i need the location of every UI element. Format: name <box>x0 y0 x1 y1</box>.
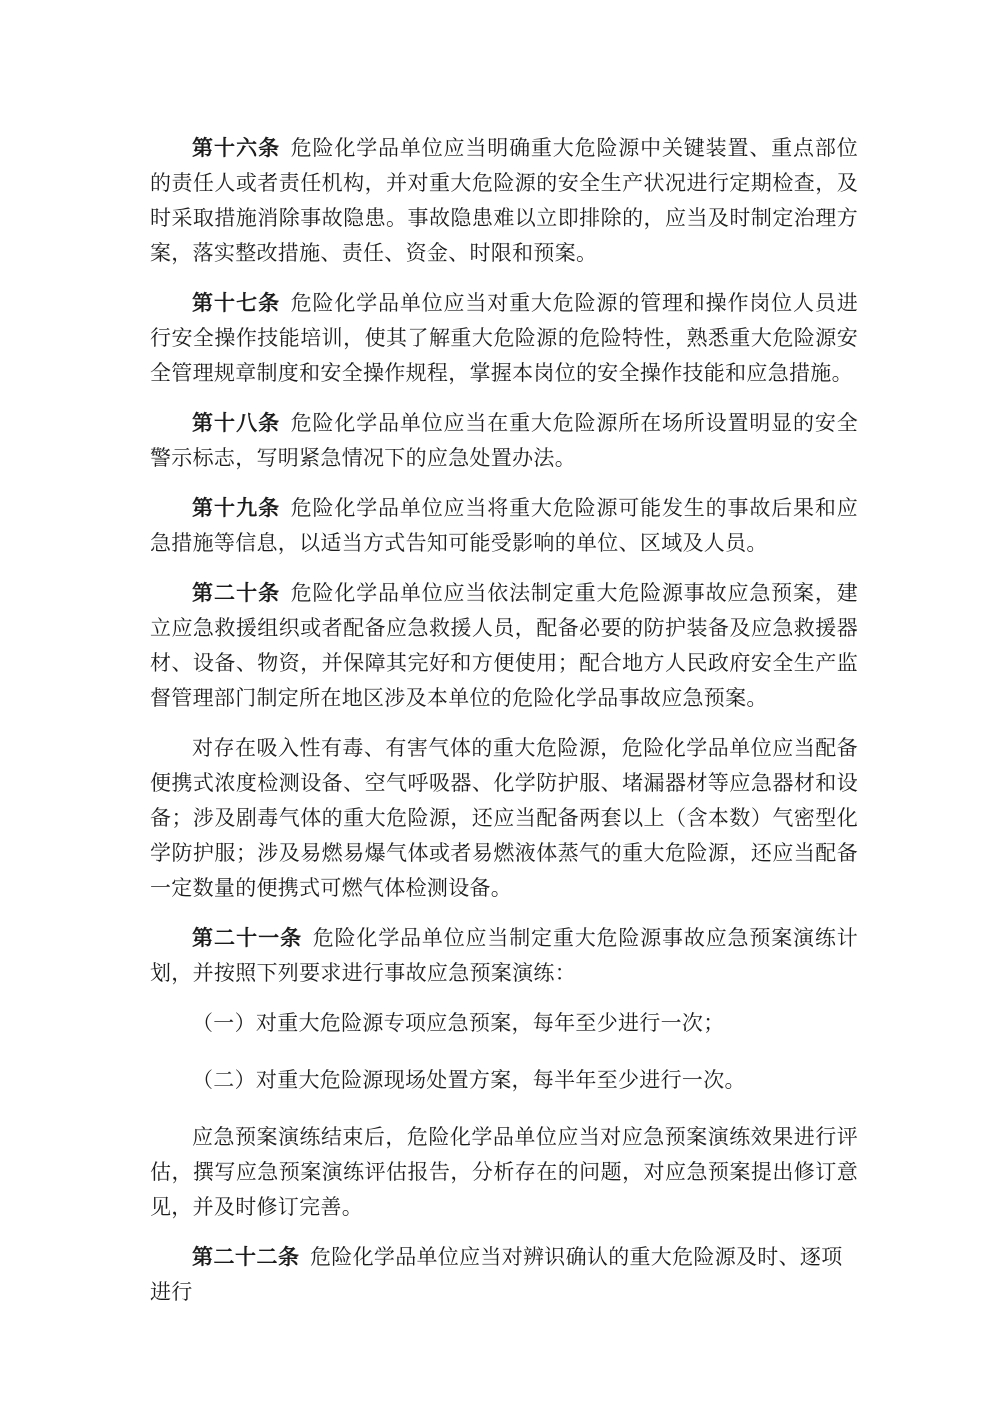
article-number: 第二十条 <box>192 582 280 605</box>
article-number: 第十九条 <box>192 497 280 520</box>
article-paragraph: 第二十一条危险化学品单位应当制定重大危险源事故应急预案演练计划，并按照下列要求进… <box>150 921 858 991</box>
paragraph: 应急预案演练结束后，危险化学品单位应当对应急预案演练效果进行评估，撰写应急预案演… <box>150 1120 858 1225</box>
article-paragraph: 第十七条危险化学品单位应当对重大危险源的管理和操作岗位人员进行安全操作技能培训，… <box>150 286 858 391</box>
paragraph: 对存在吸入性有毒、有害气体的重大危险源，危险化学品单位应当配备便携式浓度检测设备… <box>150 731 858 906</box>
article-paragraph: 第二十二条危险化学品单位应当对辨识确认的重大危险源及时、逐项进行 <box>150 1240 858 1310</box>
paragraph-text: （二）对重大危险源现场处置方案，每半年至少进行一次。 <box>192 1068 746 1092</box>
paragraph: （一）对重大危险源专项应急预案，每年至少进行一次； <box>150 1006 858 1041</box>
article-number: 第十七条 <box>192 292 280 315</box>
article-number: 第十八条 <box>192 412 280 435</box>
article-paragraph: 第十八条危险化学品单位应当在重大危险源所在场所设置明显的安全警示标志，写明紧急情… <box>150 406 858 476</box>
paragraph-text: （一）对重大危险源专项应急预案，每年至少进行一次； <box>192 1011 725 1035</box>
paragraph-text: 应急预案演练结束后，危险化学品单位应当对应急预案演练效果进行评估，撰写应急预案演… <box>150 1125 858 1219</box>
article-number: 第十六条 <box>192 137 280 160</box>
article-paragraph: 第十九条危险化学品单位应当将重大危险源可能发生的事故后果和应急措施等信息，以适当… <box>150 491 858 561</box>
article-paragraph: 第十六条危险化学品单位应当明确重大危险源中关键装置、重点部位的责任人或者责任机构… <box>150 131 858 271</box>
paragraph: （二）对重大危险源现场处置方案，每半年至少进行一次。 <box>150 1063 858 1098</box>
document-body: 第十六条危险化学品单位应当明确重大危险源中关键装置、重点部位的责任人或者责任机构… <box>150 131 858 1310</box>
paragraph-text: 对存在吸入性有毒、有害气体的重大危险源，危险化学品单位应当配备便携式浓度检测设备… <box>150 736 858 900</box>
document-page: 第十六条危险化学品单位应当明确重大危险源中关键装置、重点部位的责任人或者责任机构… <box>0 0 1000 1414</box>
article-number: 第二十二条 <box>192 1246 300 1269</box>
article-paragraph: 第二十条危险化学品单位应当依法制定重大危险源事故应急预案，建立应急救援组织或者配… <box>150 576 858 716</box>
article-number: 第二十一条 <box>192 927 302 950</box>
